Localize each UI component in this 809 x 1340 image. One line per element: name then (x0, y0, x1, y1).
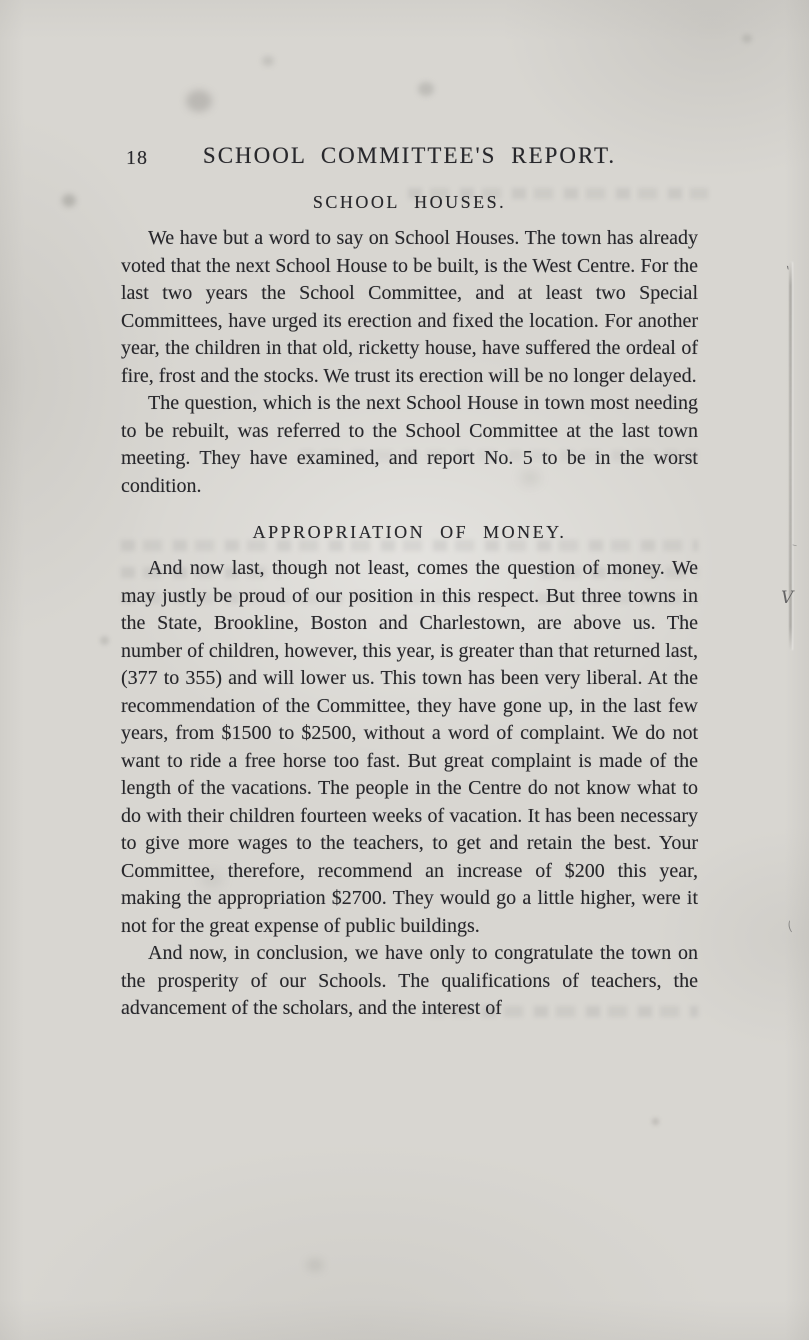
paragraph-school-houses-1: We have but a word to say on School Hous… (121, 225, 698, 390)
paper-stain (62, 194, 76, 207)
section-heading-appropriation-of-money: APPROPRIATION OF MONEY. (121, 521, 698, 543)
page-number: 18 (126, 144, 148, 172)
paper-crease (789, 262, 792, 650)
ink-mark: ` (778, 263, 793, 282)
paper-stain (100, 636, 109, 645)
text-block: 18 SCHOOL COMMITTEE'S REPORT. SCHOOL HOU… (121, 142, 698, 1023)
paragraph-appropriation-1: And now last, though not least, comes th… (121, 555, 698, 940)
paper-stain (306, 1258, 324, 1272)
running-header-title: SCHOOL COMMITTEE'S REPORT. (203, 143, 616, 168)
paragraph-school-houses-2: The question, which is the next School H… (121, 390, 698, 500)
ink-mark: – (791, 540, 799, 552)
paragraph-appropriation-2: And now, in conclusion, we have only to … (121, 940, 698, 1023)
scanned-page: ` V ‿ – 18 SCHOOL COMMITTEE'S REPORT. SC… (0, 0, 809, 1340)
paper-stain (262, 56, 274, 66)
paper-stain (186, 90, 212, 112)
ink-mark: V (781, 588, 793, 608)
paper-stain (418, 82, 434, 96)
ink-mark: ‿ (787, 919, 804, 932)
running-header: 18 SCHOOL COMMITTEE'S REPORT. (121, 142, 698, 170)
paper-stain (652, 1118, 659, 1125)
paper-stain (742, 34, 752, 43)
section-heading-school-houses: SCHOOL HOUSES. (121, 191, 698, 213)
